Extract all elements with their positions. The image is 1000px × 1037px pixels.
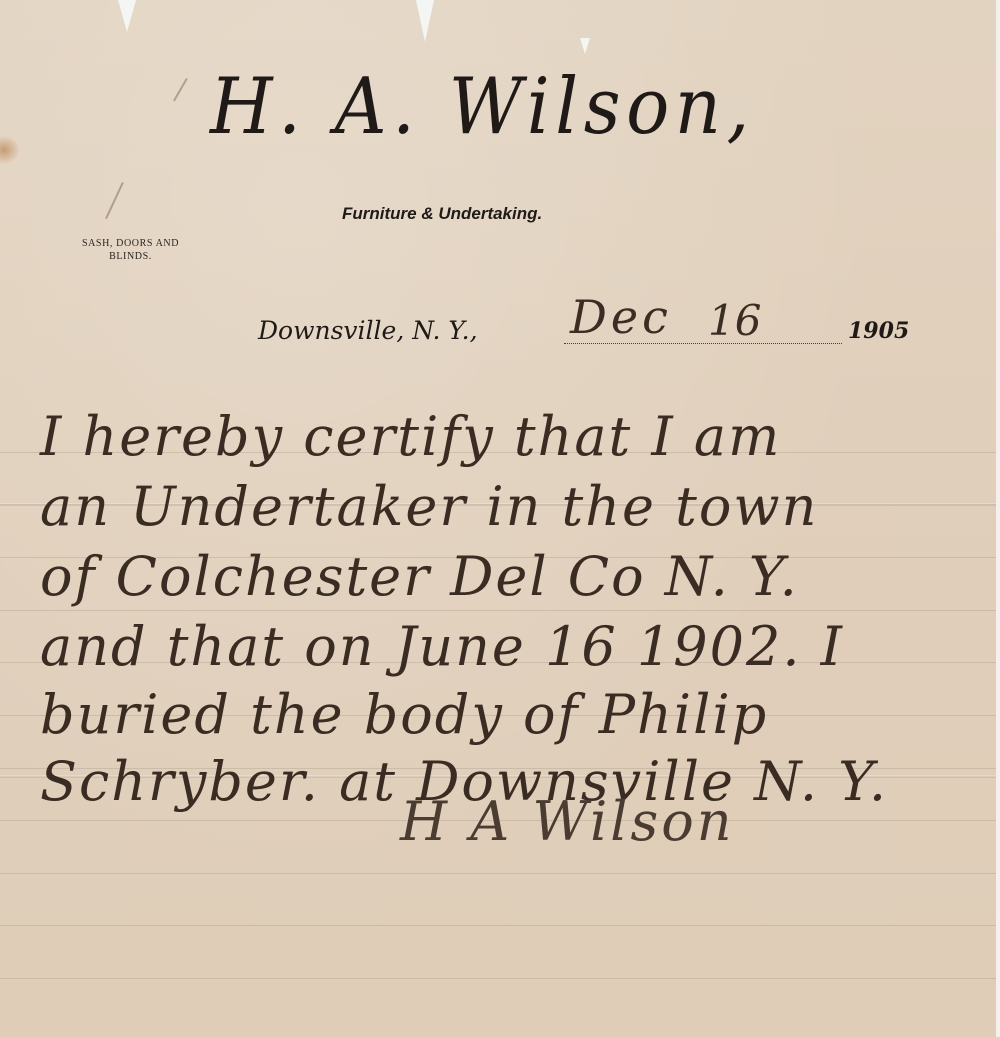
handwritten-day: 16 xyxy=(708,296,761,345)
letterhead-name: H. A. Wilson, xyxy=(210,62,755,152)
handwritten-month: Dec xyxy=(570,290,672,344)
body-line: I hereby certify that I am xyxy=(40,405,781,468)
year: 1905 xyxy=(848,318,909,344)
signature: H A Wilson xyxy=(400,790,735,853)
paper-tear xyxy=(580,38,590,54)
printed-year: 190 xyxy=(848,318,894,344)
body-line: and that on June 16 1902. I xyxy=(40,615,844,678)
side-note-line-2: Blinds. xyxy=(58,250,203,263)
handwritten-year-digit: 5 xyxy=(894,318,909,344)
letterhead-side-note: Sash, Doors and Blinds. xyxy=(58,237,203,263)
body-line: an Undertaker in the town xyxy=(40,475,818,538)
paper-crease xyxy=(173,78,188,102)
paper-crease xyxy=(105,182,124,219)
body-line: of Colchester Del Co N. Y. xyxy=(40,545,799,608)
printed-place: Downsville, N. Y., xyxy=(258,316,478,345)
paper-tear xyxy=(118,0,136,32)
letter-paper: H. A. Wilson, Furniture & Undertaking. S… xyxy=(0,0,996,1037)
dateline: Downsville, N. Y., Dec 16 1905 xyxy=(258,300,968,360)
body-line: buried the body of Philip xyxy=(40,683,768,746)
side-note-line-1: Sash, Doors and xyxy=(58,237,203,250)
paper-tear xyxy=(416,0,434,42)
letterhead-tagline: Furniture & Undertaking. xyxy=(342,204,542,224)
